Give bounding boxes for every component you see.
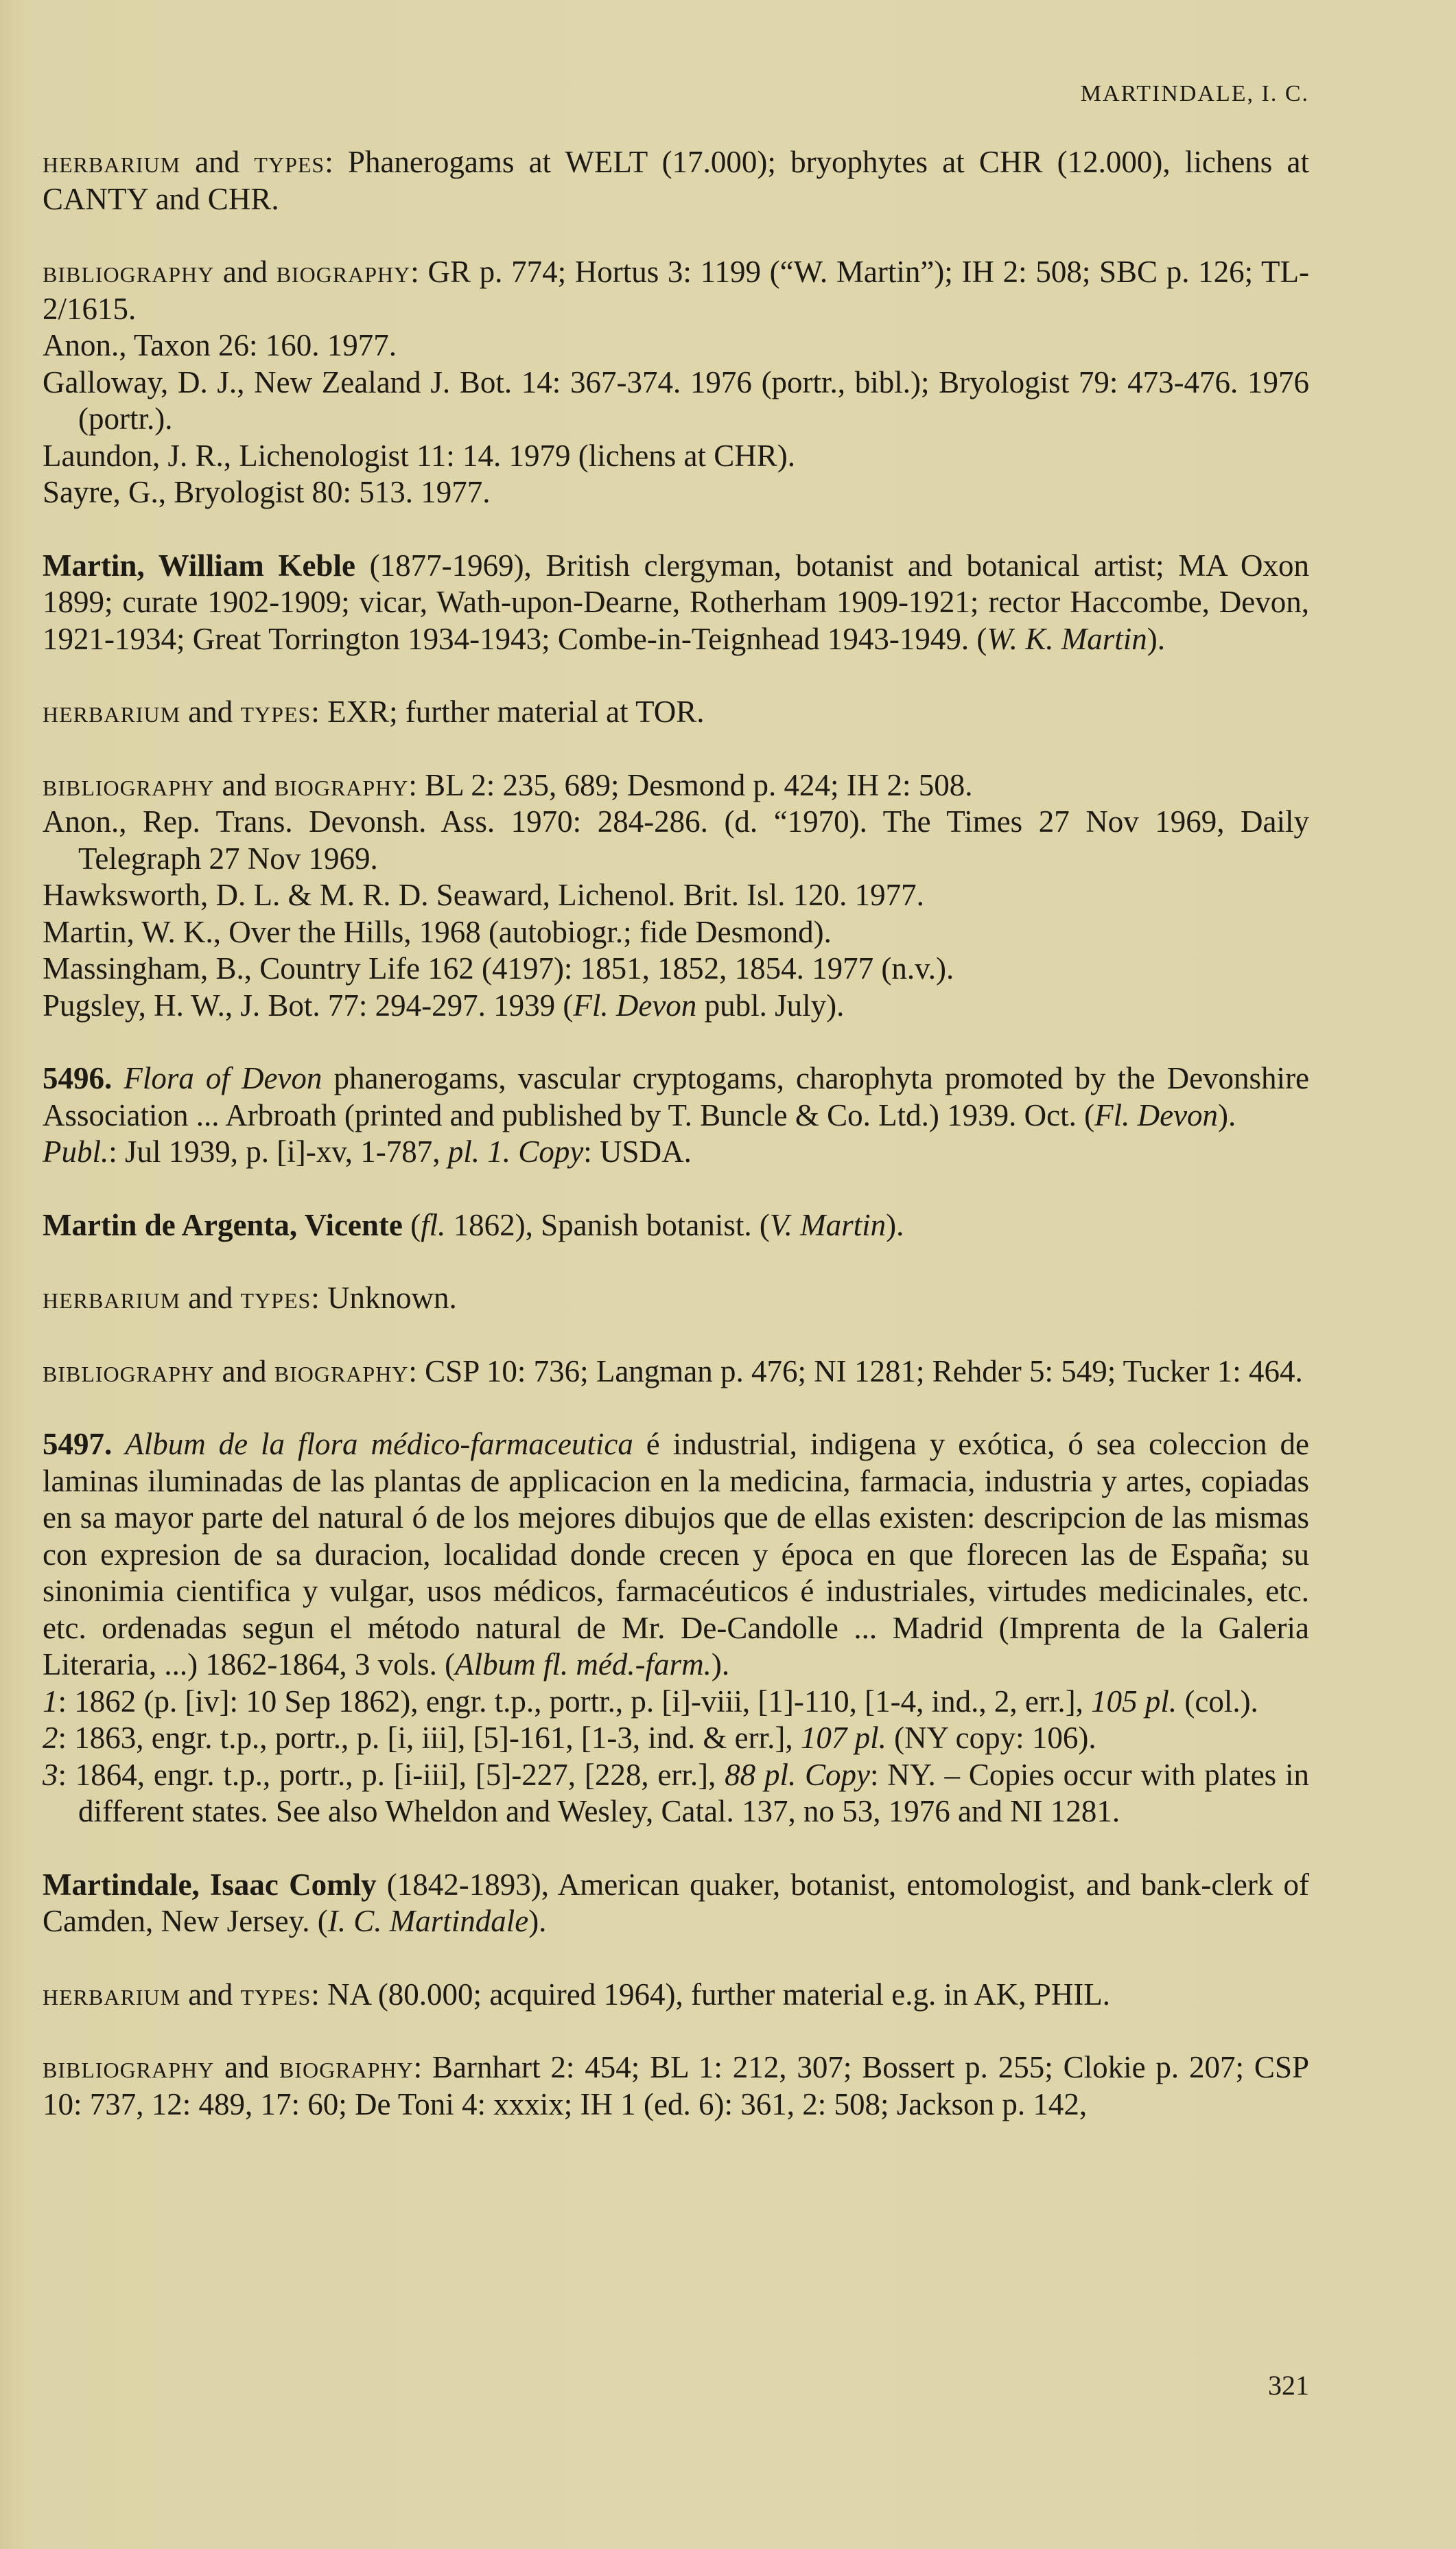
author-entry: Martin, William Keble (1877-1969), Briti… [43,548,1309,658]
volume-item: 1: 1862 (p. [iv]: 10 Sep 1862), engr. t.… [43,1684,1309,1721]
bibliography-text: BL 2: 235, 689; Desmond p. 424; IH 2: 50… [425,768,972,802]
page-number: 321 [1268,2369,1309,2401]
volume-item: 2: 1863, engr. t.p., portr., p. [i, iii]… [43,1720,1309,1757]
author-abbreviation: W. K. Martin [987,622,1147,656]
work-abbreviation: Fl. Devon [1094,1098,1218,1132]
work-number: 5497. [43,1427,112,1461]
reference-item: Galloway, D. J., New Zealand J. Bot. 14:… [43,364,1309,438]
bibliography-section: BIBLIOGRAPHY and BIOGRAPHY: GR p. 774; H… [43,254,1309,327]
work-entry: 5497. Album de la flora médico-farmaceut… [43,1426,1309,1684]
reference-item: Massingham, B., Country Life 162 (4197):… [43,951,1309,988]
reference-item: Hawksworth, D. L. & M. R. D. Seaward, Li… [43,877,1309,914]
herbarium-text: NA (80.000; acquired 1964), further mate… [327,1977,1110,2012]
author-abbreviation: V. Martin [770,1208,886,1242]
types-label: TYPES [241,1977,312,2012]
work-abbreviation: Album fl. méd.-farm. [455,1647,712,1681]
bibliography-label: BIBLIOGRAPHY [43,2050,214,2084]
author-description: 1862), Spanish botanist. ( [445,1208,769,1242]
page-body: HERBARIUM and TYPES: Phanerogams at WELT… [43,144,1309,2123]
herbarium-label: HERBARIUM [43,1281,180,1315]
author-name: Martin de Argenta, Vicente [43,1208,403,1242]
bibliography-section: BIBLIOGRAPHY and BIOGRAPHY: CSP 10: 736;… [43,1353,1309,1390]
reference-item: Pugsley, H. W., J. Bot. 77: 294-297. 193… [43,988,1309,1025]
work-number: 5496. [43,1061,112,1095]
reference-item: Sayre, G., Bryologist 80: 513. 1977. [43,474,1309,511]
biography-label: BIOGRAPHY [274,1354,409,1388]
author-entry: Martindale, Isaac Comly (1842-1893), Ame… [43,1867,1309,1940]
author-abbreviation: I. C. Martindale [328,1904,528,1938]
herbarium-section: HERBARIUM and TYPES: Phanerogams at WELT… [43,144,1309,218]
herbarium-label: HERBARIUM [43,695,180,729]
publication-details: Publ.: Jul 1939, p. [i]-xv, 1-787, pl. 1… [43,1134,1309,1171]
bibliography-label: BIBLIOGRAPHY [43,255,214,289]
types-label: TYPES [241,1281,312,1315]
bibliography-label: BIBLIOGRAPHY [43,768,214,802]
herbarium-section: HERBARIUM and TYPES: NA (80.000; acquire… [43,1977,1309,2014]
bibliography-section: BIBLIOGRAPHY and BIOGRAPHY: Barnhart 2: … [43,2049,1309,2123]
reference-item: Anon., Taxon 26: 160. 1977. [43,327,1309,364]
herbarium-section: HERBARIUM and TYPES: EXR; further materi… [43,694,1309,731]
herbarium-text: Unknown. [327,1281,457,1315]
types-label: TYPES [241,695,312,729]
bibliography-text: CSP 10: 736; Langman p. 476; NI 1281; Re… [425,1354,1303,1388]
bibliography-label: BIBLIOGRAPHY [43,1354,214,1388]
herbarium-label: HERBARIUM [43,145,180,179]
herbarium-section: HERBARIUM and TYPES: Unknown. [43,1280,1309,1317]
biography-label: BIOGRAPHY [279,2050,414,2084]
work-title: Album de la flora médico-farmaceutica [125,1427,633,1461]
reference-item: Anon., Rep. Trans. Devonsh. Ass. 1970: 2… [43,804,1309,877]
biography-label: BIOGRAPHY [274,768,409,802]
work-title: Flora of Devon [124,1061,322,1095]
reference-item: Martin, W. K., Over the Hills, 1968 (aut… [43,914,1309,951]
running-head: MARTINDALE, I. C. [1081,81,1309,107]
author-entry: Martin de Argenta, Vicente (fl. 1862), S… [43,1207,1309,1244]
biography-label: BIOGRAPHY [277,255,411,289]
author-name: Martindale, Isaac Comly [43,1867,377,1902]
herbarium-label: HERBARIUM [43,1977,180,2012]
herbarium-text: EXR; further material at TOR. [327,695,704,729]
work-entry: 5496. Flora of Devon phanerogams, vascul… [43,1060,1309,1134]
types-label: TYPES [254,145,325,179]
author-name: Martin, William Keble [43,548,355,583]
volume-item: 3: 1864, engr. t.p., portr., p. [i-iii],… [43,1757,1309,1830]
reference-item: Laundon, J. R., Lichenologist 11: 14. 19… [43,438,1309,475]
bibliography-section: BIBLIOGRAPHY and BIOGRAPHY: BL 2: 235, 6… [43,767,1309,804]
